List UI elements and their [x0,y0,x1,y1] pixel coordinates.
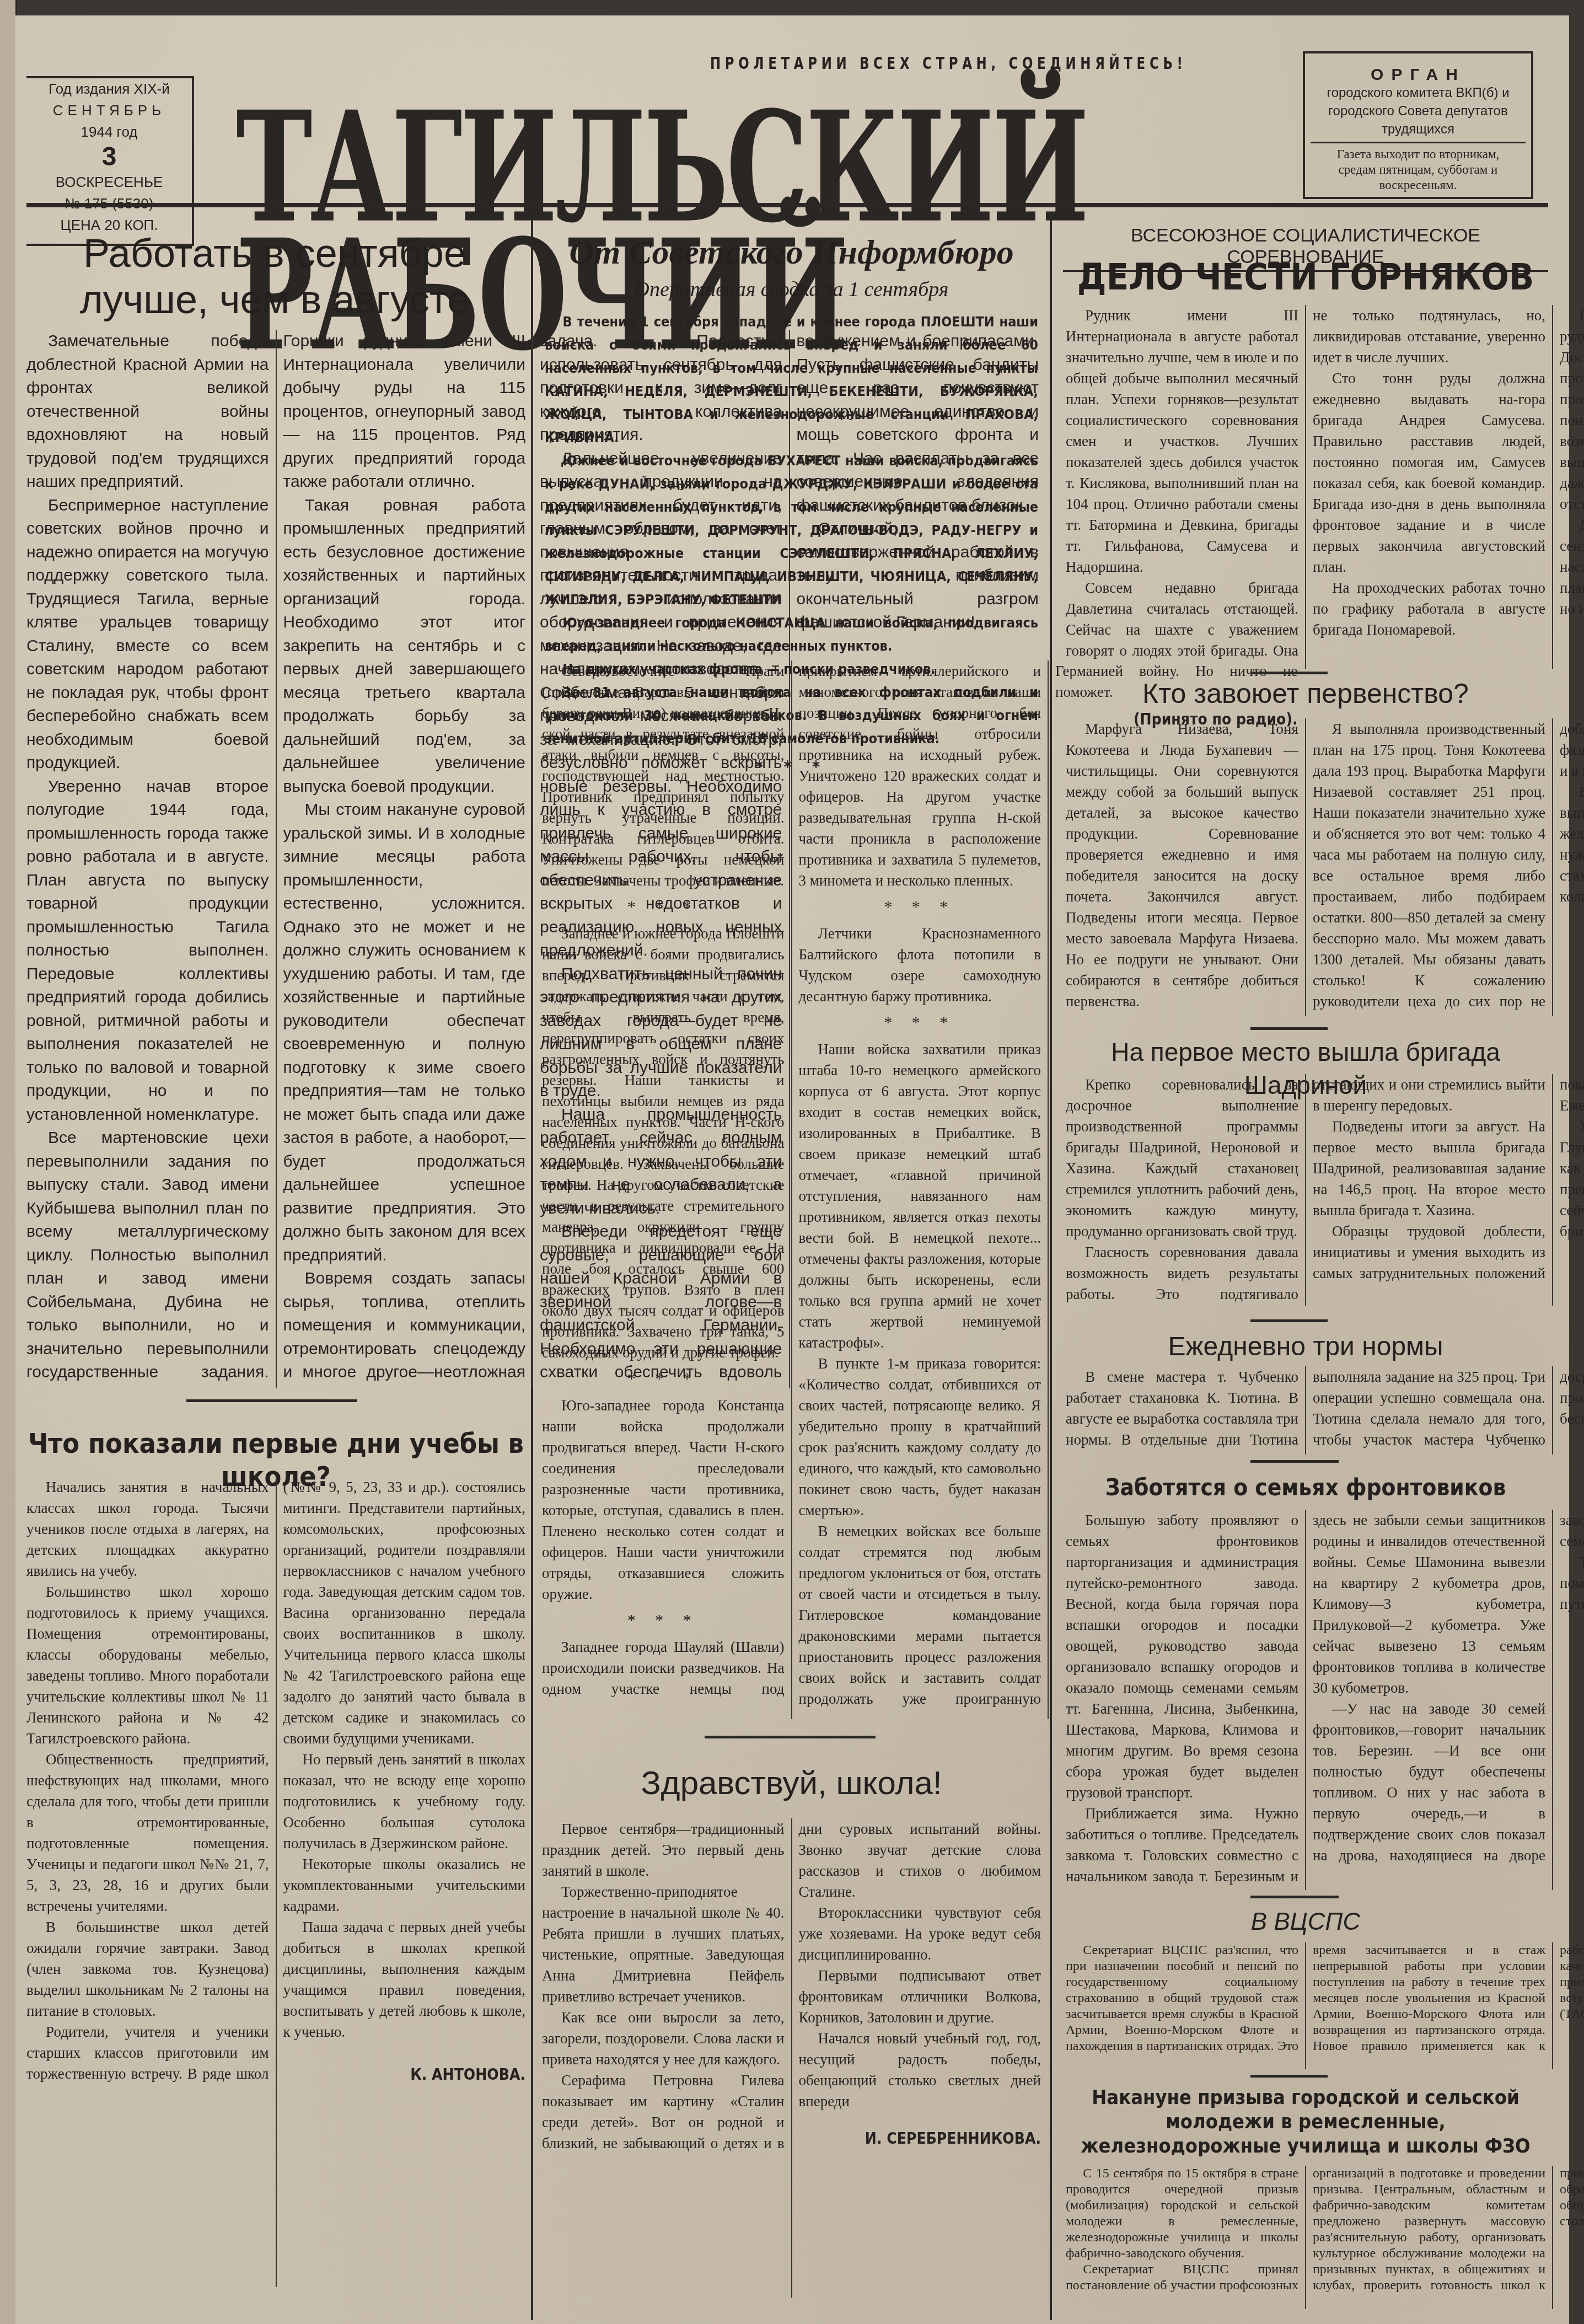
paragraph: Общественность предприятий, шефствующих … [26,1749,269,1917]
dispatch: В пункте 1-м приказа говорится: «Количес… [799,1353,1041,1521]
paragraph: Замечательные победы доблестной Красной … [26,330,269,494]
paragraph: Так не на словах, а на деле помогают защ… [1560,1552,1584,1614]
paragraph: Большую заботу проявляют о семьях фронто… [1066,1510,1298,1803]
organ-box: ОРГАН городского комитета ВКП(б) и город… [1303,51,1533,199]
headline-september: Работать в сентябре лучше, чем в августе [26,230,523,323]
paragraph: В течение 1 сентября западнее и южнее го… [545,310,1038,449]
year-of-publication: Год издания XIX-й [26,78,192,100]
headline-vcsps: В ВЦСПС [1063,1907,1548,1937]
paragraph: Второклассники чувствуют себя уже хозяев… [799,1902,1041,1965]
paragraph: Такая ровная работа промышленных предпри… [283,494,526,799]
dispatch: Северо-восточнее Праги (предместье Варша… [542,661,785,891]
paragraph: Беспримерное наступление советских войно… [26,494,269,775]
section-separator: * * * [799,1012,1041,1033]
section-separator: * * * [542,897,785,917]
article-shadrina: Крепко соревновались за досрочное выполн… [1066,1074,1545,1306]
section-divider [1250,1896,1339,1898]
section-separator: * * * [799,897,1041,917]
paragraph: Марфуга Низаева, Тоня Кокотеева и Люда Б… [1066,718,1298,1012]
slogan: ПРОЛЕТАРИИ ВСЕХ СТРАН, СОЕДИНЯЙТЕСЬ! [710,54,1187,73]
paragraph: Я выполняла производственный план на 175… [1313,718,1584,1016]
article-fzo: С 15 сентября по 15 октября в стране про… [1066,2166,1545,2309]
section-divider [1250,1319,1328,1322]
column-divider-right [1050,214,1052,2320]
section-divider [1250,1460,1339,1463]
issue-month: СЕНТЯБРЬ [26,100,192,121]
headline-primacy: Кто завоюет первенство? [1063,674,1548,713]
headline-families: Заботятся о семьях фронтовиков [1063,1471,1548,1504]
dispatch: Наши войска захватили приказ штаба 10-го… [799,1039,1041,1353]
paragraph: Некоторые школы оказались не укомплектов… [283,1854,526,1917]
paragraph: В сентябре девушки взялись выполнить зад… [1560,781,1584,907]
section-separator: * * * [542,1368,785,1389]
publication-schedule: Газета выходит по вторникам, средам пятн… [1305,147,1531,193]
paragraph: Южнее и восточнее города БУХАРЕСТ наши в… [545,449,1038,611]
dispatch: Юго-западнее города Констанца наши войск… [542,1395,785,1604]
headline-miners: ДЕЛО ЧЕСТИ ГОРНЯКОВ [1063,253,1548,302]
article-primacy: Марфуга Низаева, Тоня Кокотеева и Люда Б… [1066,718,1545,1016]
organ-description: городского комитета ВКП(б) и городского … [1305,84,1531,138]
paragraph: Уверенно начав второе полугодие 1944 год… [26,775,269,1127]
dispatch: Летчики Краснознаменного Балтийского фло… [799,923,1041,1007]
paragraph: Хорошо трудились токари Кучма, Глушкова … [1560,1116,1584,1242]
issue-date-box: Год издания XIX-й СЕНТЯБРЬ 1944 год 3 ВО… [26,76,194,246]
organ-divider [1311,142,1526,143]
paragraph: Мы стоим накануне суровой уральской зимы… [283,798,526,1267]
issue-day: 3 [26,143,192,171]
paragraph: Юго-западнее города КОНСТАНЦА наши войск… [545,611,1038,658]
article-three-norms: В смене мастера т. Чубченко работает ста… [1066,1366,1545,1454]
headline-fzo: Накануне призыва городской и сельской мо… [1074,2086,1537,2159]
paragraph: Подведены итоги за август. На первое мес… [1313,1116,1545,1221]
paragraph: Торжественно-приподнятое настроение в на… [542,1881,785,2007]
paragraph: Но первый день занятий в школах показал,… [283,1749,526,1854]
paragraph: Крепко соревновались за досрочное выполн… [1066,1074,1298,1242]
paragraph: С 15 сентября по 15 октября в стране про… [1066,2166,1298,2262]
signature: Н. БОРИСОВ. [1560,1619,1584,1640]
paragraph: Дело чести горняков превратить сентябрь … [1560,514,1584,619]
issue-weekday: ВОСКРЕСЕНЬЕ [26,171,192,193]
issue-year: 1944 год [26,121,192,143]
headline-informburo: От Советского Информбюро [539,233,1044,272]
dispatch: Западнее и южнее города Плоешти наши вой… [542,923,785,1363]
paragraph: Секретариат ВЦСПС раз'яснил, что при наз… [1066,1942,1584,2069]
section-divider [1250,1027,1328,1030]
article-september: Замечательные победы доблестной Красной … [26,330,525,1388]
signature: К. АНТОНОВА. [283,2064,526,2085]
article-families: Большую заботу проявляют о семьях фронто… [1066,1510,1545,1890]
paragraph: В смене мастера т. Чубченко работает ста… [1066,1366,1584,1454]
paragraph: Большинство школ хорошо подготовилось к … [26,1581,269,1749]
signature: И. СЕРЕБРЕННИКОВА. [799,2128,1041,2149]
binding-edge [0,0,17,2324]
informburo-dispatches: Северо-восточнее Праги (предместье Варша… [542,661,1041,1719]
newspaper-page: Год издания XIX-й СЕНТЯБРЬ 1944 год 3 ВО… [15,15,1569,2324]
paragraph: Первыми подписывают ответ фронтовикам от… [799,1965,1041,2028]
article-hello-school: Первое сентября—традиционный праздник де… [542,1818,1041,2298]
paragraph: Первое сентября—традиционный праздник де… [542,1818,785,1881]
paragraph: Сто тонн руды должна ежедневно выдавать … [1313,368,1545,577]
column-divider-left [531,214,533,2320]
paragraph: Наряду с передовиками, на руднике немало… [1560,305,1584,514]
headline-hello-school: Здравствуй, школа! [539,1763,1044,1803]
paragraph: Паша задача с первых дней учебы добиться… [283,1917,526,2042]
section-divider [705,1736,876,1738]
section-separator: * * * [542,1610,785,1631]
paragraph: В большинстве школ детей ожидали горячие… [26,1917,269,2021]
subheadline-informburo: Оперативная сводка за 1 сентября [539,277,1044,302]
organ-label: ОРГАН [1305,66,1531,84]
paragraph: Рудник имени III Интернационала в август… [1066,305,1298,577]
paragraph: Как все они выросли за лето, загорели, п… [542,2007,785,2070]
paragraph: Начался новый учебный год, год, несущий … [799,2028,1041,2112]
article-miners: Рудник имени III Интернационала в август… [1066,305,1545,669]
paragraph: Начались занятия в начальных классах шко… [26,1477,269,1581]
article-vcsps: Секретариат ВЦСПС раз'яснил, что при наз… [1066,1942,1545,2069]
article-school-days: Начались занятия в начальных классах шко… [26,1477,525,2287]
section-divider [1250,2075,1328,2078]
section-divider [186,1399,357,1402]
masthead-rule [26,203,1548,207]
headline-three-norms: Ежедневно три нормы [1063,1330,1548,1364]
paragraph: На проходческих работах точно по графику… [1313,577,1545,640]
